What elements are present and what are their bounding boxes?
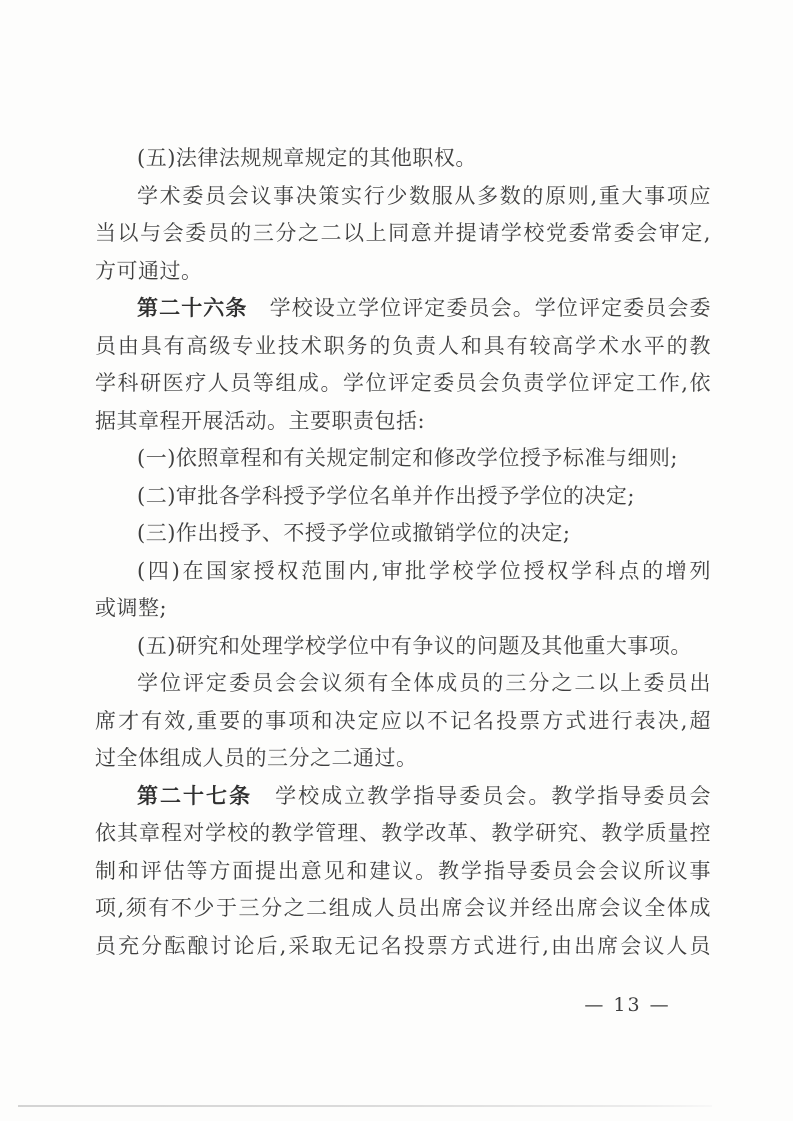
text-line: 方可通过。	[95, 253, 711, 291]
scanned-document-page: (五)法律法规规章规定的其他职权。学术委员会议事决策实行少数服从多数的原则,重大…	[0, 0, 793, 1121]
text-line: (一)依照章程和有关规定制定和修改学位授予标准与细则;	[95, 440, 711, 478]
text-line: 学科研医疗人员等组成。学位评定委员会负责学位评定工作,依	[95, 365, 711, 403]
text-line: (四)在国家授权范围内,审批学校学位授权学科点的增列	[95, 553, 711, 591]
article-number: 第二十六条	[137, 296, 248, 320]
text-line: 制和评估等方面提出意见和建议。教学指导委员会会议所议事	[95, 853, 711, 891]
text-line: 第二十七条 学校成立教学指导委员会。教学指导委员会	[95, 778, 711, 816]
text-line: 据其章程开展活动。主要职责包括:	[95, 403, 711, 441]
document-text: (五)法律法规规章规定的其他职权。学术委员会议事决策实行少数服从多数的原则,重大…	[95, 140, 711, 965]
article-number: 第二十七条	[137, 784, 252, 808]
text-line: 过全体组成人员的三分之二通过。	[95, 740, 711, 778]
text-line: 依其章程对学校的教学管理、教学改革、教学研究、教学质量控	[95, 815, 711, 853]
text-line: 或调整;	[95, 590, 711, 628]
text-line: (五)研究和处理学校学位中有争议的问题及其他重大事项。	[95, 628, 711, 666]
text-line: 第二十六条 学校设立学位评定委员会。学位评定委员会委	[95, 290, 711, 328]
text-line: (三)作出授予、不授予学位或撤销学位的决定;	[95, 515, 711, 553]
text-line: 项,须有不少于三分之二组成人员出席会议并经出席会议全体成	[95, 890, 711, 928]
scan-edge-line	[18, 1105, 712, 1107]
text-line: 员充分酝酿讨论后,采取无记名投票方式进行,由出席会议人员	[95, 928, 711, 966]
text-line: 席才有效,重要的事项和决定应以不记名投票方式进行表决,超	[95, 703, 711, 741]
text-line: 学位评定委员会会议须有全体成员的三分之二以上委员出	[95, 665, 711, 703]
text-line-body: 学校设立学位评定委员会。学位评定委员会委	[248, 296, 712, 320]
text-line: (二)审批各学科授予学位名单并作出授予学位的决定;	[95, 478, 711, 516]
text-line: 学术委员会议事决策实行少数服从多数的原则,重大事项应	[95, 178, 711, 216]
page-number: — 13 —	[545, 990, 710, 1020]
text-line: 员由具有高级专业技术职务的负责人和具有较高学术水平的教	[95, 328, 711, 366]
text-line-body: 学校成立教学指导委员会。教学指导委员会	[252, 784, 711, 808]
text-line: (五)法律法规规章规定的其他职权。	[95, 140, 711, 178]
text-line: 当以与会委员的三分之二以上同意并提请学校党委常委会审定,	[95, 215, 711, 253]
